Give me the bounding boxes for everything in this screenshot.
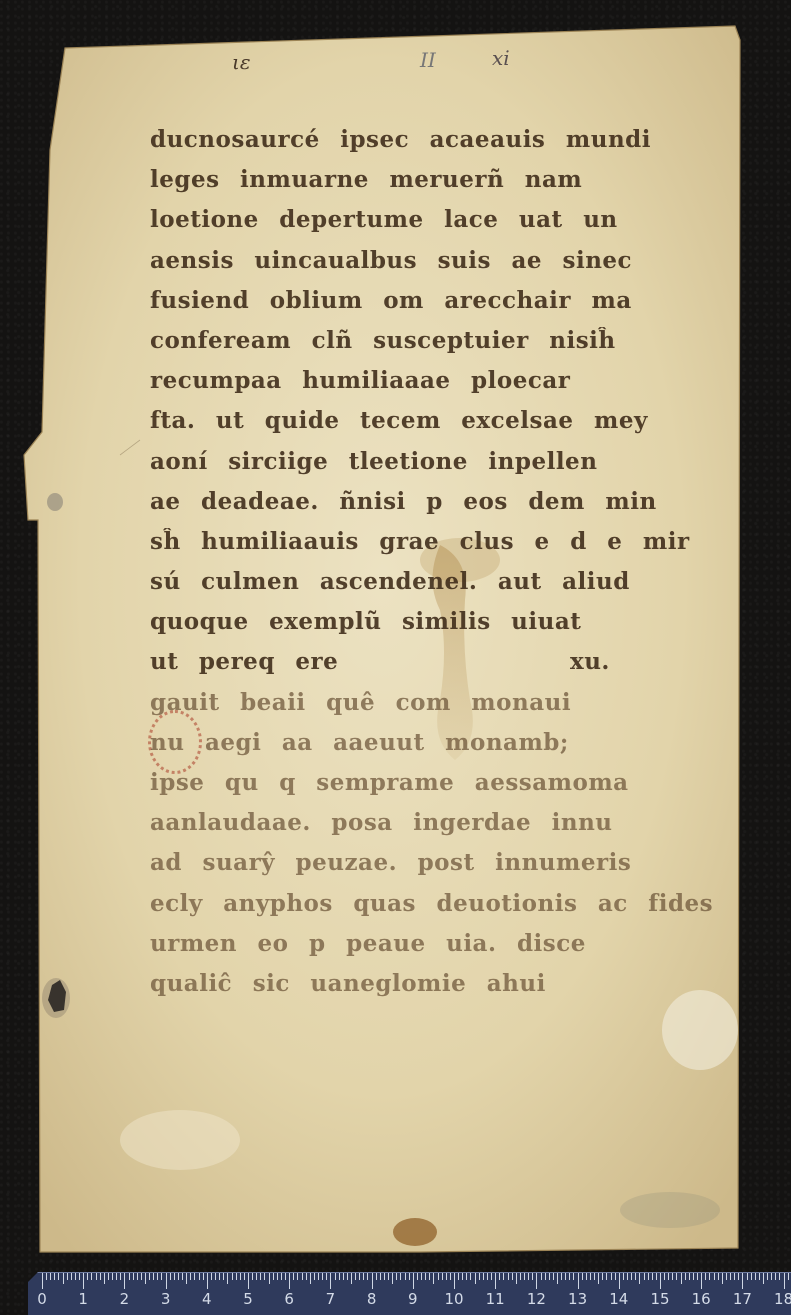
ruler-tick — [528, 1273, 529, 1280]
ruler-tick — [186, 1273, 187, 1284]
ruler-tick — [689, 1273, 690, 1280]
ruler-tick — [289, 1273, 290, 1289]
text-line: qualiĉ sic uaneglomie ahui — [150, 964, 740, 1004]
ruler-tick — [277, 1273, 278, 1280]
ruler-tick — [75, 1273, 76, 1280]
ruler-tick — [639, 1273, 640, 1284]
ruler-tick — [137, 1273, 138, 1280]
ruler-tick — [590, 1273, 591, 1280]
ruler-tick — [446, 1273, 447, 1280]
ruler-tick — [248, 1273, 249, 1289]
ruler-tick — [388, 1273, 389, 1280]
ruler-tick — [598, 1273, 599, 1284]
text-line: ut pereq ere xu. — [150, 642, 740, 682]
ruler-tick — [161, 1273, 162, 1280]
ruler-tick — [479, 1273, 480, 1280]
ruler-tick — [170, 1273, 171, 1280]
ruler-label: 0 — [37, 1290, 47, 1308]
ruler-tick — [709, 1273, 710, 1280]
ruler-tick — [516, 1273, 517, 1284]
ruler-tick — [697, 1273, 698, 1280]
ruler-tick — [767, 1273, 768, 1280]
ruler-tick — [779, 1273, 780, 1280]
ruler-tick — [730, 1273, 731, 1280]
ruler-tick — [351, 1273, 352, 1284]
ruler-tick — [619, 1273, 620, 1289]
ruler-label: 11 — [486, 1290, 505, 1308]
ruler-tick — [602, 1273, 603, 1280]
ruler-label: 1 — [78, 1290, 88, 1308]
ruler-tick — [376, 1273, 377, 1280]
ruler-tick — [124, 1273, 125, 1289]
measuring-ruler: 0123456789101112131415161718 — [28, 1272, 791, 1315]
ruler-tick — [83, 1273, 84, 1289]
ruler-tick — [734, 1273, 735, 1280]
ruler-tick — [429, 1273, 430, 1280]
ruler-label: 2 — [120, 1290, 130, 1308]
ruler-label: 18 — [774, 1290, 791, 1308]
ruler-tick — [569, 1273, 570, 1280]
ruler-tick — [775, 1273, 776, 1280]
ruler-label: 3 — [161, 1290, 171, 1308]
ruler-tick — [545, 1273, 546, 1280]
ruler-tick — [714, 1273, 715, 1280]
text-line: ecly anyphos quas deuotionis ac fides — [150, 884, 740, 924]
text-line: leges inmuarne meruerñ nam — [150, 160, 740, 200]
ruler-tick — [174, 1273, 175, 1280]
ruler-tick — [112, 1273, 113, 1280]
folio-mark-right: xi — [492, 46, 510, 70]
ruler-tick — [652, 1273, 653, 1280]
ruler-tick — [100, 1273, 101, 1280]
ruler-tick — [784, 1273, 785, 1289]
ruler-tick — [615, 1273, 616, 1280]
ruler-tick — [116, 1273, 117, 1280]
ruler-tick — [520, 1273, 521, 1280]
text-line: fusiend oblium om arecchair ma — [150, 281, 740, 321]
ruler-tick — [367, 1273, 368, 1280]
folio-mark-center: II — [420, 48, 436, 72]
ruler-label: 12 — [527, 1290, 546, 1308]
folio-mark-left: ιε — [232, 50, 251, 74]
ruler-tick — [384, 1273, 385, 1280]
ruler-tick — [260, 1273, 261, 1280]
ruler-tick — [491, 1273, 492, 1280]
ruler-label: 5 — [243, 1290, 253, 1308]
text-line-content: ut pereq ere — [150, 648, 338, 675]
ruler-tick — [672, 1273, 673, 1280]
ruler-tick — [755, 1273, 756, 1280]
ruler-tick — [668, 1273, 669, 1280]
ruler-tick — [763, 1273, 764, 1284]
ruler-tick — [660, 1273, 661, 1289]
ruler-tick — [582, 1273, 583, 1280]
ruler-tick — [322, 1273, 323, 1280]
ruler-tick — [190, 1273, 191, 1280]
ruler-tick — [656, 1273, 657, 1280]
ruler-tick — [495, 1273, 496, 1289]
ruler-label: 14 — [609, 1290, 628, 1308]
ruler-tick — [483, 1273, 484, 1280]
text-line: ducnosaurcé ipsec acaeauis mundi — [150, 120, 740, 160]
ruler-tick — [149, 1273, 150, 1280]
ruler-tick — [561, 1273, 562, 1280]
text-line: aoní sirciige tleetione inpellen — [150, 442, 740, 482]
ruler-tick — [664, 1273, 665, 1280]
ruler-tick — [586, 1273, 587, 1280]
ruler-tick — [747, 1273, 748, 1280]
ruler-tick — [199, 1273, 200, 1280]
ruler-label: 17 — [733, 1290, 752, 1308]
ruler-label: 6 — [284, 1290, 294, 1308]
ruler-tick — [742, 1273, 743, 1289]
ruler-tick — [553, 1273, 554, 1280]
ruler-tick — [631, 1273, 632, 1280]
ruler-tick — [508, 1273, 509, 1280]
ruler-tick — [512, 1273, 513, 1280]
ruler-tick — [573, 1273, 574, 1280]
ruler-tick — [396, 1273, 397, 1280]
ruler-tick — [104, 1273, 105, 1284]
ruler-tick — [594, 1273, 595, 1280]
ruler-tick — [759, 1273, 760, 1280]
ruler-tick — [96, 1273, 97, 1280]
ruler-tick — [644, 1273, 645, 1280]
manuscript-text: ducnosaurcé ipsec acaeauis mundi leges i… — [150, 120, 740, 1004]
ruler-tick — [141, 1273, 142, 1280]
ruler-tick — [330, 1273, 331, 1289]
text-line: confeream clñ susceptuier nisiĥ — [150, 321, 740, 361]
ruler-tick — [236, 1273, 237, 1280]
ruler-tick — [293, 1273, 294, 1280]
ruler-tick — [166, 1273, 167, 1289]
ruler-tick — [264, 1273, 265, 1280]
ruler-tick — [627, 1273, 628, 1280]
ruler-tick — [635, 1273, 636, 1280]
ruler-tick — [788, 1273, 789, 1280]
ruler-tick — [409, 1273, 410, 1280]
ruler-tick — [240, 1273, 241, 1280]
ruler-tick — [203, 1273, 204, 1280]
ruler-tick — [701, 1273, 702, 1289]
ruler-tick — [269, 1273, 270, 1284]
ruler-label: 13 — [568, 1290, 587, 1308]
ruler-tick — [606, 1273, 607, 1280]
text-line: gauit beaii quê com monaui — [150, 683, 740, 723]
ruler-tick — [219, 1273, 220, 1280]
text-line: loetione depertume lace uat un — [150, 200, 740, 240]
ruler-tick — [466, 1273, 467, 1280]
ruler-tick — [207, 1273, 208, 1289]
ruler-tick — [129, 1273, 130, 1280]
ruler-tick — [685, 1273, 686, 1280]
ruler-tick — [565, 1273, 566, 1280]
ruler-tick — [343, 1273, 344, 1280]
ruler-label: 10 — [444, 1290, 463, 1308]
text-line: quoque exemplũ similis uiuat — [150, 602, 740, 642]
ruler-tick — [256, 1273, 257, 1280]
ruler-tick — [339, 1273, 340, 1280]
ruler-tick — [244, 1273, 245, 1280]
ruler-tick — [285, 1273, 286, 1280]
ruler-tick — [252, 1273, 253, 1280]
ruler-tick — [232, 1273, 233, 1280]
ruler-tick — [157, 1273, 158, 1280]
ruler-tick — [133, 1273, 134, 1280]
ruler-tick — [524, 1273, 525, 1280]
text-line: sĥ humiliaauis grae clus e d e mir — [150, 522, 740, 562]
ruler-tick — [623, 1273, 624, 1280]
ruler-tick — [281, 1273, 282, 1280]
text-line: nu aegi aa aaeuut monamb; — [150, 723, 740, 763]
ruler-tick — [335, 1273, 336, 1280]
section-number: xu. — [570, 642, 610, 682]
ruler-tick — [120, 1273, 121, 1280]
ruler-tick — [310, 1273, 311, 1284]
ruler-tick — [87, 1273, 88, 1280]
ruler-tick — [438, 1273, 439, 1280]
ruler-tick — [71, 1273, 72, 1280]
ruler-tick — [475, 1273, 476, 1284]
ruler-tick — [503, 1273, 504, 1280]
ruler-tick — [458, 1273, 459, 1280]
ruler-tick — [372, 1273, 373, 1289]
ruler-tick — [705, 1273, 706, 1280]
ruler-tick — [532, 1273, 533, 1280]
ruler-tick — [306, 1273, 307, 1280]
ruler-tick — [273, 1273, 274, 1280]
text-line: urmen eo p peaue uia. disce — [150, 924, 740, 964]
ruler-tick — [454, 1273, 455, 1289]
manuscript-leaf: ιε II xi ducnosaurcé ipsec acaeauis mund… — [0, 0, 791, 1260]
ruler-tick — [318, 1273, 319, 1280]
ruler-tick — [421, 1273, 422, 1280]
ruler-label: 4 — [202, 1290, 212, 1308]
ruler-tick — [433, 1273, 434, 1284]
ruler-tick — [359, 1273, 360, 1280]
ruler-tick — [91, 1273, 92, 1280]
ruler-tick — [578, 1273, 579, 1289]
text-line: ad suarŷ peuzae. post innumeris — [150, 843, 740, 883]
text-line: aensis uincaualbus suis ae sinec — [150, 241, 740, 281]
text-line: ae deadeae. ñnisi p eos dem min — [150, 482, 740, 522]
ruler-tick — [108, 1273, 109, 1280]
ruler-tick — [380, 1273, 381, 1280]
ruler-tick — [363, 1273, 364, 1280]
ruler-tick — [487, 1273, 488, 1280]
ruler-tick — [211, 1273, 212, 1280]
ruler-tick — [194, 1273, 195, 1280]
ruler-tick — [413, 1273, 414, 1289]
ruler-tick — [215, 1273, 216, 1280]
ruler-tick — [676, 1273, 677, 1280]
ruler-tick — [227, 1273, 228, 1284]
ruler-tick — [536, 1273, 537, 1289]
ruler-tick — [63, 1273, 64, 1284]
ruler-tick — [450, 1273, 451, 1280]
ruler-tick — [611, 1273, 612, 1280]
ruler-tick — [400, 1273, 401, 1280]
ruler-tick — [541, 1273, 542, 1280]
text-line: recumpaa humiliaaae ploecar — [150, 361, 740, 401]
ruler-tick — [462, 1273, 463, 1280]
ruler-tick — [681, 1273, 682, 1284]
ruler-label: 16 — [692, 1290, 711, 1308]
ruler-tick — [79, 1273, 80, 1280]
ruler-tick — [442, 1273, 443, 1280]
ruler-tick — [314, 1273, 315, 1280]
ruler-tick — [46, 1273, 47, 1280]
ruler-tick — [738, 1273, 739, 1280]
ruler-tick — [417, 1273, 418, 1280]
ruler-tick — [470, 1273, 471, 1280]
ruler-tick — [182, 1273, 183, 1280]
ruler-tick — [392, 1273, 393, 1284]
ruler-tick — [297, 1273, 298, 1280]
ruler-tick — [50, 1273, 51, 1280]
ruler-tick — [42, 1273, 43, 1289]
ruler-label: 15 — [650, 1290, 669, 1308]
ruler-label: 9 — [408, 1290, 418, 1308]
text-line: fta. ut quide tecem excelsae mey — [150, 401, 740, 441]
ruler-tick — [302, 1273, 303, 1280]
ruler-tick — [771, 1273, 772, 1280]
ruler-tick — [425, 1273, 426, 1280]
ruler-tick — [58, 1273, 59, 1280]
text-line: sú culmen ascendenel. aut aliud — [150, 562, 740, 602]
ruler-tick — [326, 1273, 327, 1280]
ruler-tick — [347, 1273, 348, 1280]
text-line: aanlaudaae. posa ingerdae innu — [150, 803, 740, 843]
ruler-tick — [145, 1273, 146, 1284]
ruler-tick — [693, 1273, 694, 1280]
ruler-tick — [557, 1273, 558, 1284]
ruler-tick — [722, 1273, 723, 1284]
ruler-tick — [751, 1273, 752, 1280]
text-line: ipse qu q semprame aessamoma — [150, 763, 740, 803]
ruler-label: 7 — [326, 1290, 336, 1308]
ruler-tick — [718, 1273, 719, 1280]
ruler-tick — [67, 1273, 68, 1280]
ruler-label: 8 — [367, 1290, 377, 1308]
ruler-tick — [153, 1273, 154, 1280]
ruler-tick — [223, 1273, 224, 1280]
ruler-tick — [726, 1273, 727, 1280]
ruler-tick — [405, 1273, 406, 1280]
ruler-tick — [178, 1273, 179, 1280]
ruler-tick — [499, 1273, 500, 1280]
ruler-tick — [54, 1273, 55, 1280]
ruler-tick — [355, 1273, 356, 1280]
ruler-tick — [549, 1273, 550, 1280]
ruler-tick — [648, 1273, 649, 1280]
